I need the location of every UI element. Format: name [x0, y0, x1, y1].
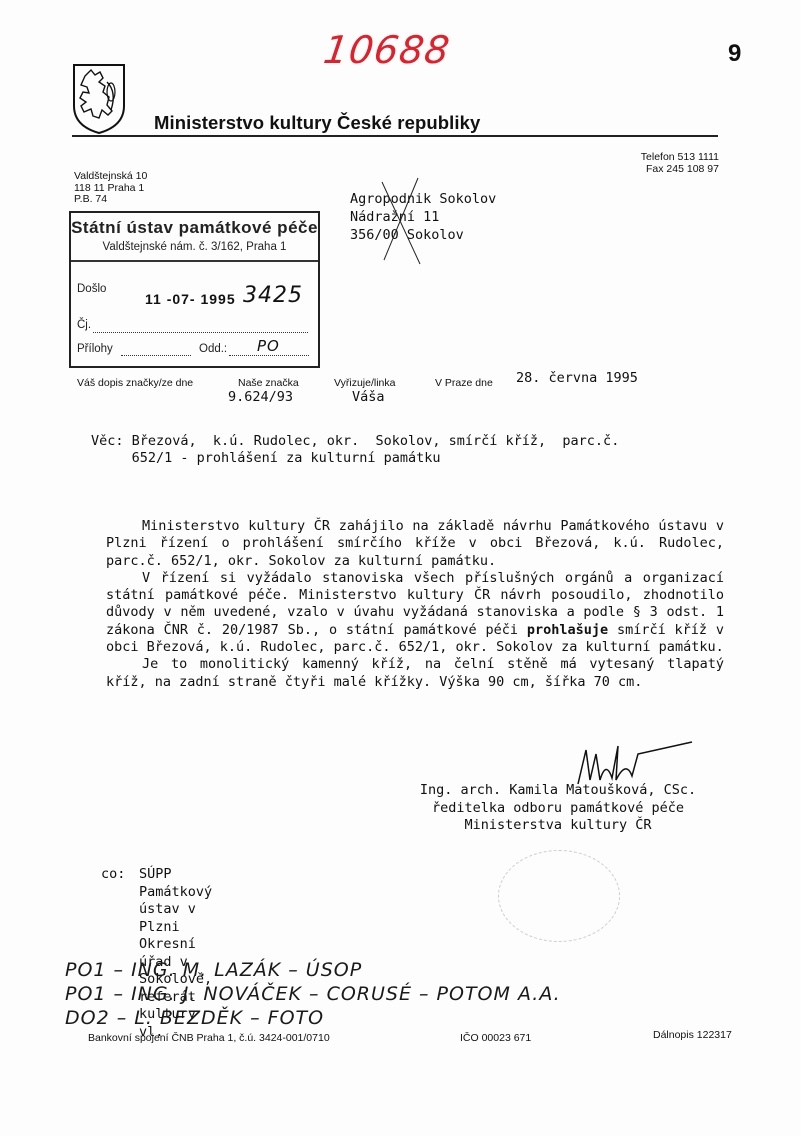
header-rule — [72, 135, 718, 137]
handwritten-note: DO2 – L. BEZDĚK – FOTO — [65, 1006, 561, 1030]
received-stamp: Státní ústav památkové péče Valdštejnské… — [69, 211, 320, 368]
handwritten-note: PO1 – ING. M. LAZÁK – ÚSOP — [65, 958, 561, 982]
signatory-role: ředitelka odboru památkové péče — [388, 800, 728, 818]
letter-date: 28. června 1995 — [516, 370, 638, 386]
coat-of-arms-icon — [71, 62, 127, 136]
handled-by-label: Vyřizuje/linka — [334, 377, 395, 389]
sender-address: Valdštejnská 10 118 11 Praha 1 P.B. 74 — [74, 171, 147, 206]
signatory-name: Ing. arch. Kamila Matoušková, CSc. — [388, 782, 728, 800]
company-id: IČO 00023 671 — [460, 1033, 531, 1045]
address-line: Valdštejnská 10 — [74, 171, 147, 183]
letter-body: Ministerstvo kultury ČR zahájilo na zákl… — [106, 518, 724, 691]
cc-item: SÚPP — [139, 866, 212, 884]
our-ref-label: Naše značka — [238, 377, 299, 389]
your-letter-label: Váš dopis značky/ze dne — [77, 377, 193, 389]
contact-block: Telefon 513 1111 Fax 245 108 97 — [641, 152, 719, 175]
handwritten-notes: PO1 – ING. M. LAZÁK – ÚSOP PO1 – ING. J.… — [65, 958, 561, 1030]
body-paragraph: Je to monolitický kamenný kříž, na čelní… — [106, 656, 724, 691]
attachments-label: Přílohy — [77, 343, 113, 355]
stamp-address: Valdštejnské nám. č. 3/162, Praha 1 — [71, 241, 318, 253]
telex-number: Dálnopis 122317 — [653, 1030, 732, 1042]
handwritten-reference: 3425 — [243, 283, 303, 308]
received-label: Došlo — [77, 283, 106, 295]
handwritten-document-number: 10688 — [321, 28, 453, 72]
body-paragraph: Ministerstvo kultury ČR zahájilo na zákl… — [106, 518, 724, 570]
signature-block: Ing. arch. Kamila Matoušková, CSc. ředit… — [388, 782, 728, 835]
our-ref-value: 9.624/93 — [228, 389, 293, 405]
cc-item: Památkový ústav v Plzni — [139, 884, 212, 937]
ref-label: Čj. — [77, 319, 91, 331]
phone-number: Telefon 513 1111 — [641, 152, 719, 164]
subject-line: 652/1 - prohlášení za kulturní památku — [132, 450, 441, 466]
cc-label: co: — [101, 866, 125, 882]
subject: Věc: Březová, k.ú. Rudolec, okr. Sokolov… — [91, 433, 619, 467]
signatory-org: Ministerstva kultury ČR — [388, 817, 728, 835]
subject-label: Věc: — [91, 433, 124, 449]
address-line: P.B. 74 — [74, 194, 147, 206]
faint-seal — [498, 850, 620, 942]
date-label: V Praze dne — [435, 377, 493, 389]
subject-line: Březová, k.ú. Rudolec, okr. Sokolov, smí… — [132, 433, 620, 449]
fax-number: Fax 245 108 97 — [641, 164, 719, 176]
cross-out-mark — [380, 176, 430, 266]
stamp-org: Státní ústav památkové péče — [71, 213, 318, 238]
page-number: 9 — [728, 40, 741, 68]
handwritten-dept: PO — [257, 337, 280, 355]
handwritten-note: PO1 – ING. J. NOVÁČEK – CORUSÉ – POTOM A… — [65, 982, 561, 1006]
body-paragraph: V řízení si vyžádalo stanoviska všech př… — [106, 570, 724, 656]
dept-label: Odd.: — [199, 343, 227, 355]
cc-list: co: SÚPP Památkový ústav v Plzni Okresní… — [101, 866, 125, 884]
ministry-title: Ministerstvo kultury České republiky — [154, 112, 480, 134]
received-date: 11 -07- 1995 — [145, 291, 236, 307]
bank-details: Bankovní spojení ČNB Praha 1, č.ú. 3424-… — [88, 1033, 330, 1045]
handled-by-value: Váša — [352, 389, 385, 405]
